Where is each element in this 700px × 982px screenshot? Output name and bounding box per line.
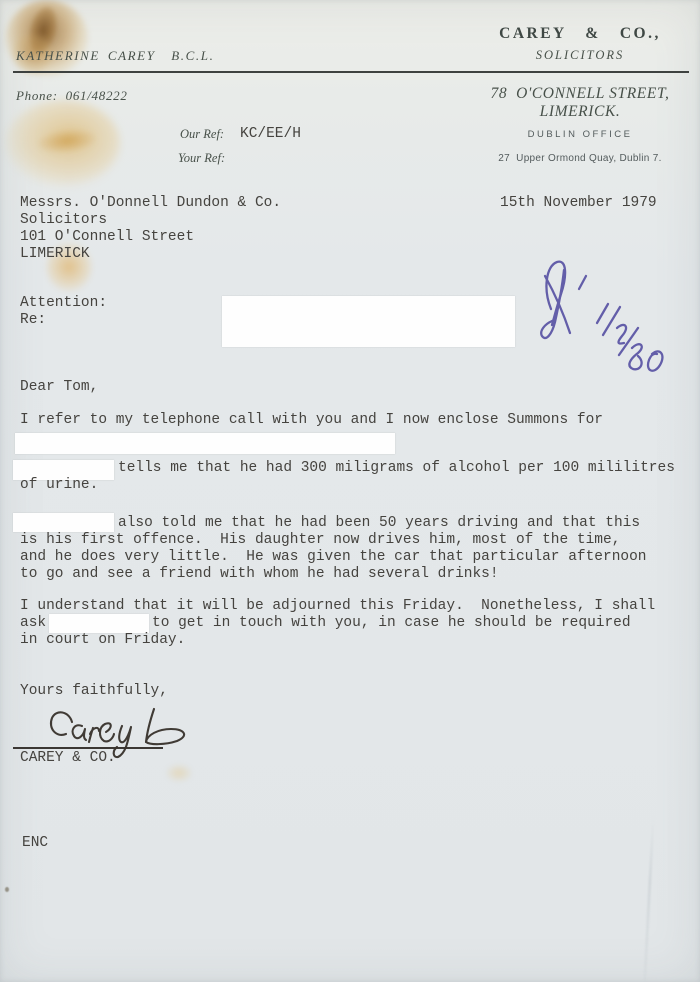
body-line: and he does very little. He was given th… bbox=[20, 550, 647, 565]
recipient-line: 101 O'Connell Street bbox=[20, 230, 194, 245]
letterhead-rule bbox=[13, 71, 689, 73]
body-line: of urine. bbox=[20, 478, 98, 493]
valediction: Yours faithfully, bbox=[20, 684, 168, 699]
practitioner-name: KATHERINE CAREY B.C.L. bbox=[16, 48, 214, 64]
our-ref-label: Our Ref: bbox=[180, 127, 224, 142]
letter-page: KATHERINE CAREY B.C.L. CAREY & CO., SOLI… bbox=[0, 0, 700, 982]
body-line: in court on Friday. bbox=[20, 633, 185, 648]
salutation: Dear Tom, bbox=[20, 380, 98, 395]
speck-left-edge bbox=[5, 887, 9, 892]
firm-name: CAREY & CO., bbox=[455, 25, 700, 43]
stain-signature-area bbox=[166, 764, 192, 782]
redaction-box bbox=[15, 433, 395, 454]
paper-crease bbox=[644, 816, 655, 982]
recipient-line: Messrs. O'Donnell Dundon & Co. bbox=[20, 196, 281, 211]
your-ref-label: Your Ref: bbox=[178, 151, 225, 166]
letter-date: 15th November 1979 bbox=[500, 196, 657, 211]
redaction-box bbox=[13, 513, 114, 532]
body-line: to get in touch with you, in case he sho… bbox=[152, 616, 631, 631]
body-line: is his first offence. His daughter now d… bbox=[20, 533, 620, 548]
phone-number: Phone: 061/48222 bbox=[16, 88, 128, 104]
redaction-box bbox=[49, 614, 149, 633]
city-line: LIMERICK. bbox=[455, 103, 700, 121]
redaction-box bbox=[222, 296, 515, 347]
our-ref-value: KC/EE/H bbox=[240, 127, 301, 142]
dublin-office-label: DUBLIN OFFICE bbox=[455, 129, 700, 140]
body-line: to go and see a friend with whom he had … bbox=[20, 567, 499, 582]
handwritten-annotation bbox=[533, 254, 678, 379]
firm-descriptor: SOLICITORS bbox=[455, 48, 700, 63]
handwritten-signature bbox=[30, 701, 205, 761]
recipient-line: Solicitors bbox=[20, 213, 107, 228]
body-line: I understand that it will be adjourned t… bbox=[20, 599, 655, 614]
body-line: also told me that he had been 50 years d… bbox=[118, 516, 640, 531]
street-address: 78 O'CONNELL STREET, bbox=[455, 85, 700, 103]
body-line: ask bbox=[20, 616, 46, 631]
body-line: tells me that he had 300 miligrams of al… bbox=[118, 461, 675, 476]
re-label: Re: bbox=[20, 313, 46, 328]
dublin-office-address: 27 Upper Ormond Quay, Dublin 7. bbox=[455, 153, 700, 164]
attention-label: Attention: bbox=[20, 296, 107, 311]
body-line: I refer to my telephone call with you an… bbox=[20, 413, 603, 428]
recipient-line: LIMERICK bbox=[20, 247, 90, 262]
enclosure-note: ENC bbox=[22, 836, 48, 851]
